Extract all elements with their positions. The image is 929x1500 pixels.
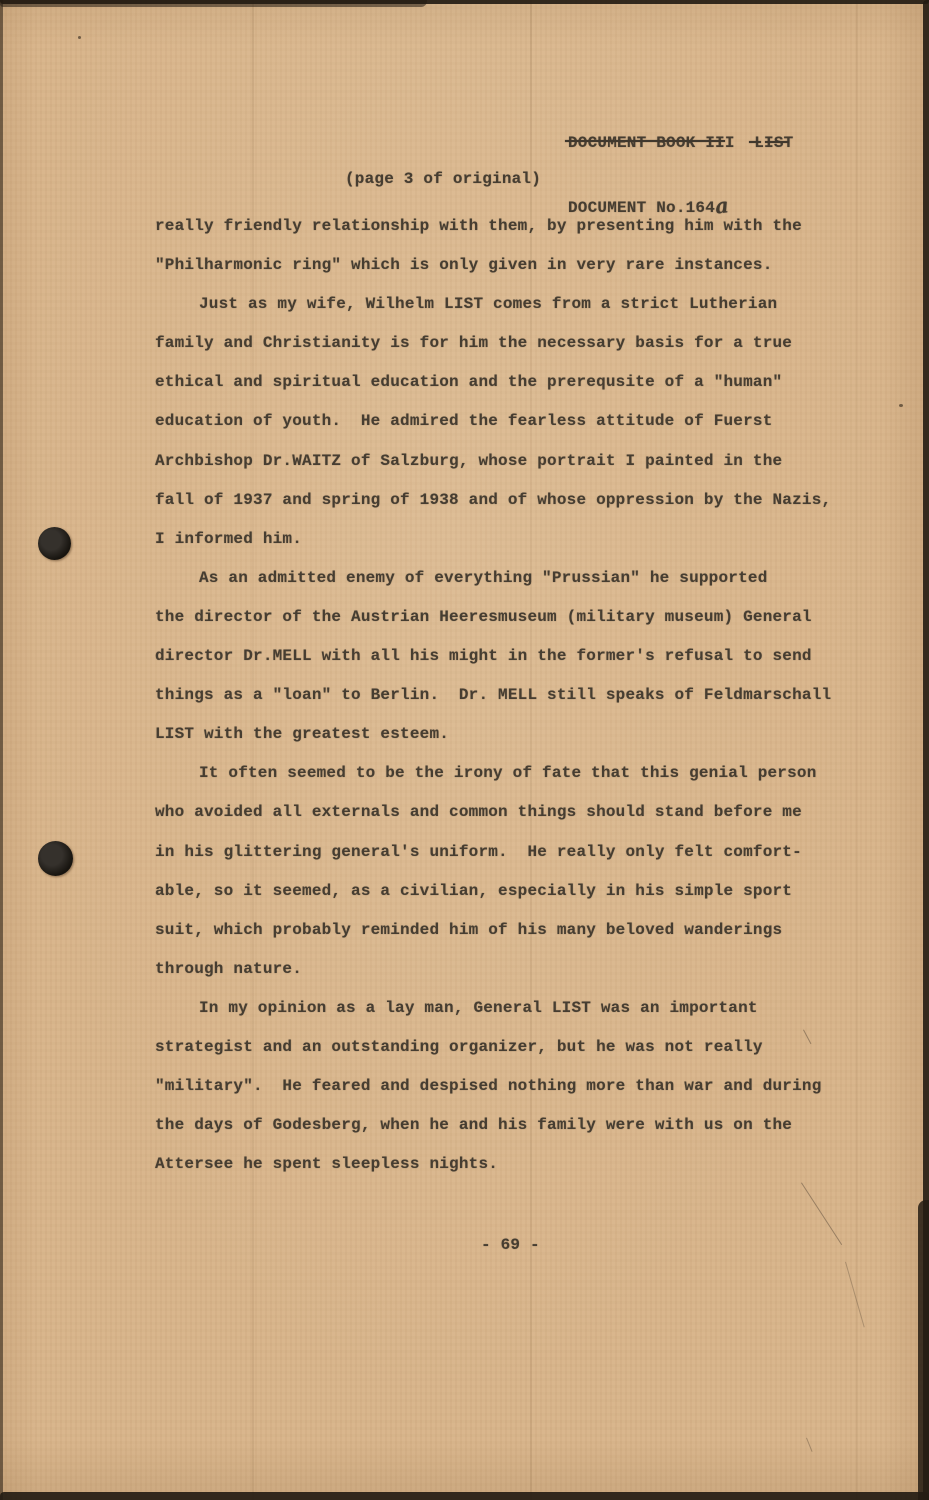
text-line: in his glittering general's uniform. He … — [155, 837, 875, 876]
text-line: family and Christianity is for him the n… — [155, 328, 875, 367]
text-line: I informed him. — [155, 524, 875, 563]
text-line: It often seemed to be the irony of fate … — [155, 758, 875, 797]
page-subtitle: (page 3 of original) — [345, 170, 541, 188]
text-line: LIST with the greatest esteem. — [155, 719, 875, 758]
text-line: As an admitted enemy of everything "Prus… — [155, 563, 875, 602]
text-line: education of youth. He admired the fearl… — [155, 406, 875, 445]
scanned-document: DOCUMENT BOOK III LIST DOCUMENT No.164a … — [0, 0, 929, 1500]
scan-edge-bottom-right — [918, 1200, 929, 1500]
paper-speck — [899, 404, 903, 407]
header-underline-dash — [749, 141, 761, 143]
scan-edge-bottom — [0, 1492, 929, 1500]
text-line: "military". He feared and despised nothi… — [155, 1071, 875, 1110]
text-line: through nature. — [155, 954, 875, 993]
page-number: - 69 - — [481, 1236, 540, 1254]
text-line: the director of the Austrian Heeresmuseu… — [155, 602, 875, 641]
scan-edge-left — [0, 0, 3, 1500]
text-line: able, so it seemed, as a civilian, espec… — [155, 876, 875, 915]
text-line: the days of Godesberg, when he and his f… — [155, 1110, 875, 1149]
document-book-title: DOCUMENT BOOK III LIST — [568, 130, 793, 156]
text-line: ethical and spiritual education and the … — [155, 367, 875, 406]
punch-hole — [38, 841, 73, 876]
text-line: really friendly relationship with them, … — [155, 211, 875, 250]
text-line: suit, which probably reminded him of his… — [155, 915, 875, 954]
text-line: "Philharmonic ring" which is only given … — [155, 250, 875, 289]
text-line: Just as my wife, Wilhelm LIST comes from… — [155, 289, 875, 328]
header-underline — [565, 140, 725, 142]
punch-hole — [38, 527, 71, 560]
text-line: Archbishop Dr.WAITZ of Salzburg, whose p… — [155, 446, 875, 485]
text-line: fall of 1937 and spring of 1938 and of w… — [155, 485, 875, 524]
header-underline-dash — [765, 141, 789, 143]
body-text: really friendly relationship with them, … — [155, 211, 875, 1188]
text-line: who avoided all externals and common thi… — [155, 797, 875, 836]
paper-speck — [78, 36, 81, 39]
text-line: In my opinion as a lay man, General LIST… — [155, 993, 875, 1032]
text-line: director Dr.MELL with all his might in t… — [155, 641, 875, 680]
text-line: strategist and an outstanding organizer,… — [155, 1032, 875, 1071]
text-line: things as a "loan" to Berlin. Dr. MELL s… — [155, 680, 875, 719]
text-line: Attersee he spent sleepless nights. — [155, 1149, 875, 1188]
scan-edge-top-left — [0, 0, 427, 7]
